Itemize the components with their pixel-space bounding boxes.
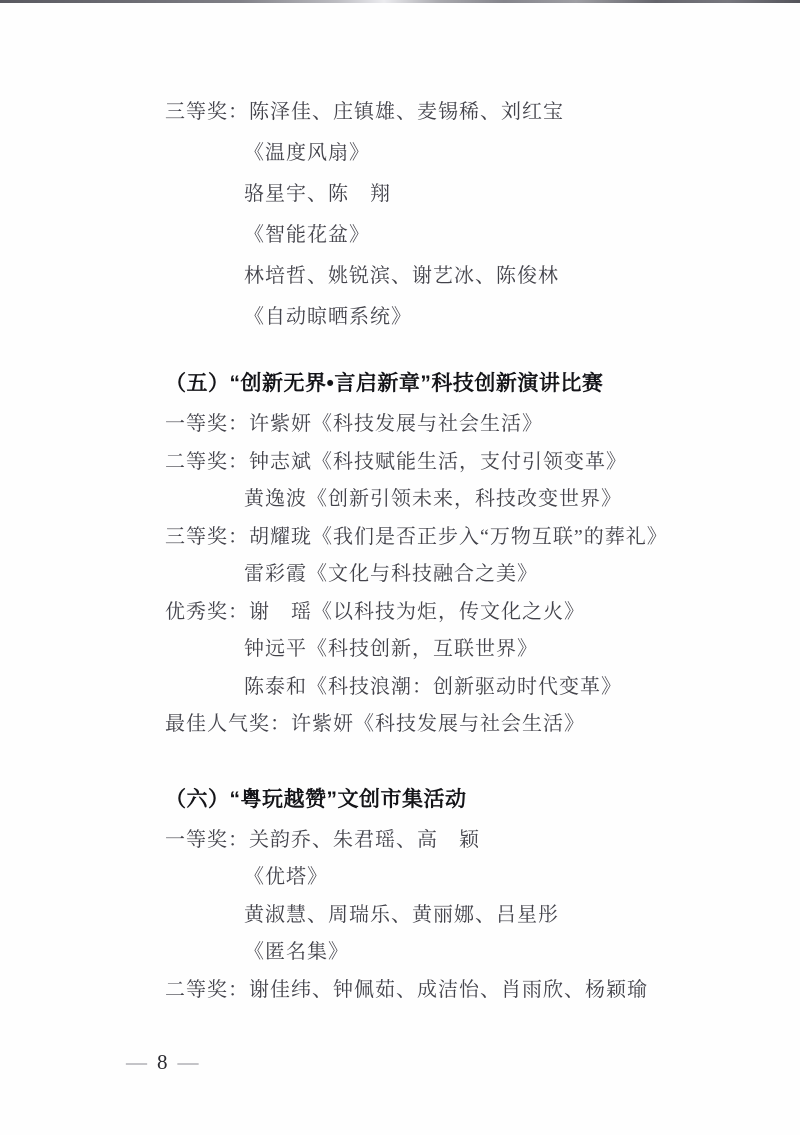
section-heading-six: （六）“粤玩越赞”文创市集活动 — [165, 780, 755, 820]
award-line: 钟远平《科技创新，互联世界》 — [165, 631, 755, 669]
award-line: 林培哲、姚锐滨、谢艺冰、陈俊林 — [165, 256, 755, 297]
award-line: 三等奖：胡耀珑《我们是否正步入“万物互联”的葬礼》 — [165, 519, 755, 557]
award-line: 陈泰和《科技浪潮：创新驱动时代变革》 — [165, 669, 755, 707]
award-line: 最佳人气奖：许紫妍《科技发展与社会生活》 — [165, 706, 755, 744]
award-line: 一等奖：关韵乔、朱君瑶、高 颖 — [165, 822, 755, 860]
document-body: 三等奖：陈泽佳、庄镇雄、麦锡稀、刘红宝 《温度风扇》 骆星宇、陈 翔 《智能花盆… — [165, 92, 755, 1009]
section-heading-five: （五）“创新无界•言启新章”科技创新演讲比赛 — [165, 364, 755, 404]
work-title-line: 《匿名集》 — [165, 934, 755, 972]
award-line: 骆星宇、陈 翔 — [165, 174, 755, 215]
award-section-four-tail: 三等奖：陈泽佳、庄镇雄、麦锡稀、刘红宝 《温度风扇》 骆星宇、陈 翔 《智能花盆… — [165, 92, 755, 338]
award-line: 优秀奖：谢 瑶《以科技为炬，传文化之火》 — [165, 594, 755, 632]
work-title-line: 《优塔》 — [165, 859, 755, 897]
page-number: —8— — [126, 1050, 201, 1075]
award-section-five: 一等奖：许紫妍《科技发展与社会生活》 二等奖：钟志斌《科技赋能生活，支付引领变革… — [165, 406, 755, 744]
work-title-line: 《智能花盆》 — [165, 215, 755, 256]
footer-left-dash: — — [126, 1050, 149, 1074]
award-line: 一等奖：许紫妍《科技发展与社会生活》 — [165, 406, 755, 444]
award-line: 三等奖：陈泽佳、庄镇雄、麦锡稀、刘红宝 — [165, 92, 755, 133]
award-line: 二等奖：钟志斌《科技赋能生活，支付引领变革》 — [165, 444, 755, 482]
scan-edge-artifact — [0, 0, 800, 3]
award-section-six: 一等奖：关韵乔、朱君瑶、高 颖 《优塔》 黄淑慧、周瑞乐、黄丽娜、吕星彤 《匿名… — [165, 822, 755, 1010]
work-title-line: 《自动晾晒系统》 — [165, 297, 755, 338]
work-title-line: 《温度风扇》 — [165, 133, 755, 174]
award-line: 雷彩霞《文化与科技融合之美》 — [165, 556, 755, 594]
scanned-document-page: { "page": { "footer": { "left_dash": "—"… — [0, 0, 800, 1135]
award-line: 二等奖：谢佳纬、钟佩茹、成洁怡、肖雨欣、杨颖瑜 — [165, 972, 755, 1010]
footer-right-dash: — — [178, 1050, 201, 1074]
award-line: 黄淑慧、周瑞乐、黄丽娜、吕星彤 — [165, 897, 755, 935]
award-line: 黄逸波《创新引领未来，科技改变世界》 — [165, 481, 755, 519]
footer-page-number: 8 — [149, 1050, 178, 1074]
